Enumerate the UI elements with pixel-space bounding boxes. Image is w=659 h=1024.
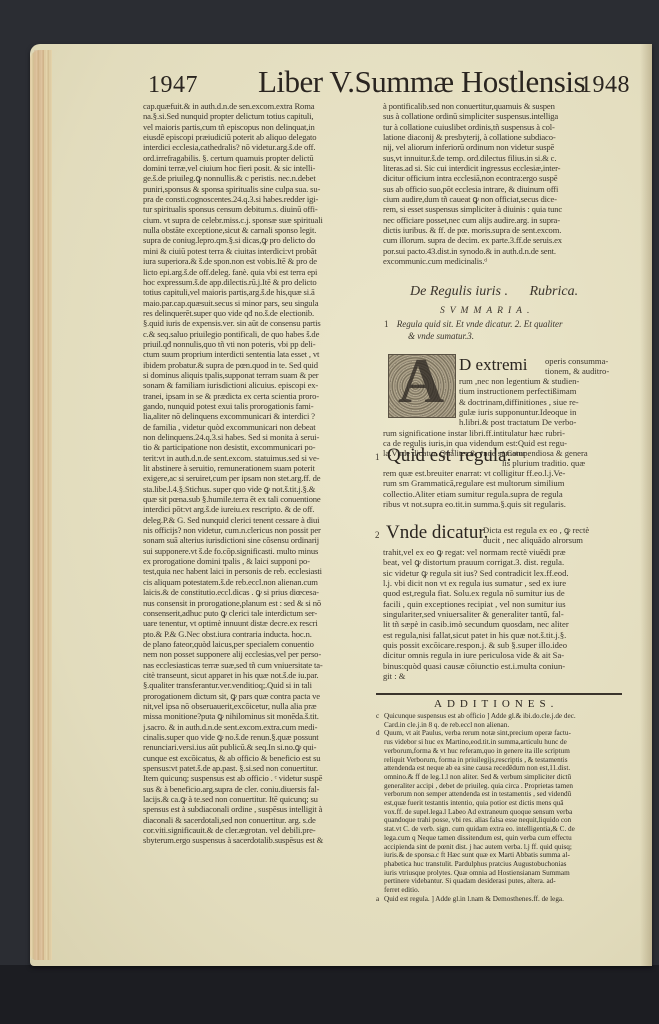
summaria-number: 1 (384, 319, 389, 329)
text-line: rem quæ est.breuiter enarrat: vt colligi… (383, 468, 566, 478)
text-line: Quid est regula. ] Adde gl.in l.nam & De… (380, 895, 620, 904)
text-line: c.& seq.saluo priuilegio pontificali, de… (143, 329, 375, 339)
text-line: uare tenentur, vt optimè innuunt distæ d… (143, 618, 375, 628)
text-line: quod est,regula fiat. Solu.ex regula nō … (383, 588, 569, 598)
text-line: & doctrinam,diffinitiones , siue re- (459, 397, 659, 407)
text-line: ibidem probatur.& supra de pœn.quod in t… (143, 360, 375, 370)
text-line: phabetica huc transtulit. Pardulphus pra… (380, 860, 620, 869)
text-line: accipienda sint de pœnit dist. j hac aut… (380, 843, 620, 852)
text-line: singulariter,sed vniuersaliter & general… (383, 609, 569, 619)
text-line: terit:vt in auth.d.n.de sent.excom. stat… (143, 453, 375, 463)
left-column-text: cap.quæfuit.& in auth.d.n.de sen.excom.e… (143, 101, 375, 846)
section-2-side-text: Dicta est regula ex eo , ꝙ rectèducit , … (483, 525, 589, 546)
folio-right: 1948 (580, 72, 630, 99)
text-line: vox.ff. de supel.lega.l Labeo Ad extrane… (380, 808, 620, 817)
text-line: rum significatione instar libri.ff.intit… (383, 428, 619, 438)
text-line: de plano fateor,quòd laicus,per speciale… (143, 639, 375, 649)
text-line: verborum,forma & vt huc referam,quo in g… (380, 747, 620, 756)
addition-entry: dQuum, vt ait Paulus, verba rerum notæ s… (380, 729, 620, 894)
addition-entry: aQuid est regula. ] Adde gl.in l.nam & D… (380, 895, 620, 904)
margin-number-2: 2 (375, 530, 380, 540)
text-line: pertinere videbantur. Si quadam desidera… (380, 877, 620, 886)
section-heading-vnde-dicatur: Vnde dicatur. (386, 522, 488, 544)
text-line: prorogationem dictum sit, ꝙ pars quæ con… (143, 691, 375, 701)
text-line: deleg.P.& G. Sed nunquid clerici tenent … (143, 515, 375, 525)
text-line: beat, vel ꝙ distortum prauum corrigat.3.… (383, 557, 569, 567)
text-line: lia,aliter nō delinquens excommunicari &… (143, 411, 375, 421)
note-mark: † (451, 448, 455, 456)
text-line: operis consumma- (545, 356, 625, 366)
text-line: cium audire,dum tñ caueat ꝙ non officiat… (383, 194, 616, 204)
summaria-item: 1 Regula quid sit. Et vnde dicatur. 2. E… (384, 318, 619, 342)
text-line: nit,vel ipsa nō obseruauerit,excōicetur,… (143, 701, 375, 711)
text-line: ducit , nec aliquādo alrorsum (483, 535, 589, 545)
text-line: excommunic.cum medicinalis.ᵈ (383, 256, 616, 266)
text-line: omnino.& ff de leg.1.l non aliter. Sed &… (380, 773, 620, 782)
text-line: diaconali & sacerdotali,sed non conuerti… (143, 815, 375, 825)
text-line: trahit,vel ex eo ꝙ regat: vel normam rec… (383, 547, 569, 557)
text-line: iuris vtriusque prolytes. Quæ omnia ad H… (380, 869, 620, 878)
text-line: ge.š.de priuileg.ꝙ nonnullis.& c peristi… (143, 173, 375, 183)
text-line: lacijs.& ca.ꝙ à te.sed non conuertitur. … (143, 794, 375, 804)
text-line: hoc expressum.š.de app.dilectis.rū.j.Itē… (143, 277, 375, 287)
text-line: gulæ iuris supponuntur.Ideoque in (459, 407, 659, 417)
text-line: facili , quin exceptiones recipiat , vel… (383, 599, 569, 609)
text-line: cinalis.super quo vide ꝙ no.š.de renun.§… (143, 732, 375, 742)
text-line: verborum non semper attendenda est in te… (380, 790, 620, 799)
summaria-heading: SVMMARIA. (440, 306, 534, 316)
text-line: nus consensit in prorogatione,planum est… (143, 598, 375, 608)
text-line: interdici ecclesia,cathedralis? nō videt… (143, 142, 375, 152)
text-line: dicitur omnis regula in iure periculosa … (383, 650, 569, 660)
text-line: test,quia nec habent laici in personis d… (143, 566, 375, 576)
text-line: binus:quòd quasi causæ cōiunctio est.i.m… (383, 661, 569, 671)
text-line: rum ,nec non legentium & studien- (459, 376, 659, 386)
text-line: nem non posset supponere alij ecclesias,… (143, 649, 375, 659)
section-1-heading: Quid est (387, 445, 451, 466)
rubric-title-right: Rubrica. (530, 284, 579, 299)
text-line: tur à collatione cuiuslibet ordinis,tñ s… (383, 122, 616, 132)
intro-wide-text: rum ,nec non legentium & studien-tium in… (459, 376, 659, 428)
summaria-text: Regula quid sit. Et vnde dicatur. 2. Et … (397, 319, 563, 329)
text-line: sta.libe.l.4.§.Stichus. super quo vide ꝙ… (143, 484, 375, 494)
text-line: literas.ad si. Sic cui interdicit ingres… (383, 163, 616, 173)
folio-left: 1947 (148, 72, 198, 99)
text-line: rum sm Grammaticā,regulare est multorum … (383, 478, 566, 488)
section-1-side-text: ᵃ Compendiosa & generalis plurium tradit… (502, 448, 588, 469)
text-line: nis officijs? non videtur, cum.n.clericu… (143, 525, 375, 535)
text-line: sus ab officio suo,pōt ecclesia intrare,… (383, 184, 616, 194)
text-line: gando, nunquid potest exui talis proroga… (143, 401, 375, 411)
text-line: tium instructionem perfectißimam (459, 386, 659, 396)
text-line: reliquit Verborum, forma in priuilegijs,… (380, 756, 620, 765)
text-line: nas ecclesiasticas terræ suæ,sed tñ cum … (143, 660, 375, 670)
text-line: rus videbor si huc ex Martino,eod.tit.in… (380, 738, 620, 747)
text-line: cium. vt supra de celebr.miss.c.j. spons… (143, 215, 375, 225)
text-line: ribus vt not.supra eo.tit.in summa.§.qui… (383, 499, 566, 509)
addition-mark: d (376, 729, 380, 738)
margin-number-1: 1 (375, 452, 380, 462)
text-line: tur spiritualis sponsus censum debitum.s… (143, 204, 375, 214)
text-line: tranei, ipsam in se & prædicta ex certa … (143, 391, 375, 401)
addition-mark: a (376, 895, 379, 904)
text-line: vel maioris partis,cum tñ episcopus non … (143, 122, 375, 132)
text-line: citè transeunt, sicut apparet in his quæ… (143, 670, 375, 680)
rubric-title: De Regulis iuris . Rubrica. (410, 284, 596, 300)
decorated-initial-letter: A (398, 344, 444, 418)
text-line: sui supponere.vt š.de fo.cōp.significast… (143, 546, 375, 556)
text-line: lega.cum q Neque tamen dissitendum est, … (380, 834, 620, 843)
text-line: sonam & familiam iurisdictioni alicuius.… (143, 380, 375, 390)
text-line: consenserit,adhuc puto ꝙ clerici tale in… (143, 608, 375, 618)
text-line: sonam suā alterius iurisdictioni sine cō… (143, 535, 375, 545)
summaria-text-2: & vnde sumatur.3. (408, 331, 474, 341)
text-line: res delinquerēt.super quo vide qđ no.š.d… (143, 308, 375, 318)
addition-entry: cQuicunque suspensus est ab officio ] Ad… (380, 712, 620, 729)
section-2-text: trahit,vel ex eo ꝙ regat: vel normam rec… (383, 547, 569, 681)
text-line: por.sui pacto.43.dist.in synodo.& in aut… (383, 246, 616, 256)
text-line: cor.viti.significauit.& de cler.ægrotan.… (143, 825, 375, 835)
text-line: l.j. vbi dicit non vt ex regula ius suma… (383, 578, 569, 588)
text-line: sus,vt innuitur.š.de temp. ord.dilectus … (383, 153, 616, 163)
text-line: lit abstinere à seruitio, remunerationem… (143, 463, 375, 473)
text-line: supra de coniug.lepro.qm.§.si dicas,ꝙ pr… (143, 235, 375, 245)
text-line: spensus est à subdiaconali ordine , susp… (143, 804, 375, 814)
text-line: iuris.& de sponsa.c ft Hæc sunt quæ ex M… (380, 851, 620, 860)
text-line: renunciari.versi.ius aūt publicū.& seq.I… (143, 742, 375, 752)
text-line: totius capituli,vel maioris partis,arg.š… (143, 287, 375, 297)
text-line: missa monitione?puta ꝙ nihilominus sit m… (143, 711, 375, 721)
text-line: lit tñ sæpè in casib.imò secundum quosda… (383, 619, 569, 629)
text-line: si dominus aliquis tpalis,supponat terra… (143, 370, 375, 380)
text-line: ex prorogatione domini tpalis , & laici … (143, 556, 375, 566)
text-line: stat.vt C. de verb. sign. cum quidam ext… (380, 825, 620, 834)
text-line: sus & à beneficio.arg.supra de cler. con… (143, 784, 375, 794)
text-line: nec officiare posset,nec cum alijs audir… (383, 215, 616, 225)
scan-backdrop (0, 965, 659, 1024)
text-line: ferret editio. (380, 886, 620, 895)
text-line: puniri,sponsus & sponsa spiritualis sine… (143, 184, 375, 194)
text-line: mini & ciuiū potest terra & ciuitas inte… (143, 246, 375, 256)
running-title: Liber V.Summæ Hostlensis (258, 64, 585, 100)
text-line: cap.quæfuit.& in auth.d.n.de sen.excom.e… (143, 101, 375, 111)
text-line: rem, si esset suspensus simpliciter à di… (383, 204, 616, 214)
text-line: ord.irrefragabilis. §. certum quamuis pr… (143, 153, 375, 163)
addition-mark: c (376, 712, 379, 721)
text-line: domini terræ,vel ciuium hoc fieri posit.… (143, 163, 375, 173)
text-line: spensus:vt patet.š.de ap.past. §.si.sed … (143, 763, 375, 773)
text-line: dictis iuribus. & ff. de pœ. moris.supra… (383, 225, 616, 235)
text-line: cis aliquam potestatem.š.de reb.eccl.non… (143, 577, 375, 587)
intro-narrow-text: operis consumma-tionem, & auditro- (545, 356, 625, 377)
section-1-text: rem quæ est.breuiter enarrat: vt colligi… (383, 468, 566, 509)
text-line: j.sacro. & in auth.d.n.de sent.excom.ext… (143, 722, 375, 732)
text-line: eiusdē episcopi præiudiciū poterit ab al… (143, 132, 375, 142)
rubric-title-left: De Regulis iuris . (410, 284, 508, 299)
text-line: nulla obstāte exceptione,sicut & carnali… (143, 225, 375, 235)
text-line: Card.in cle.j.in 8 q. de reb.eccl non al… (380, 721, 620, 730)
text-line: Quum, vt ait Paulus, verba rerum notæ si… (380, 729, 620, 738)
text-line: licto epi.arg.š.de off.deleg. fanè. quia… (143, 267, 375, 277)
additiones-heading: ADDITIONES. (434, 698, 558, 710)
text-line: pto.& P.& G.Nec obst.iura contraria indu… (143, 629, 375, 639)
page-gutter (640, 44, 652, 966)
text-line: non delinquens.24.q.3.si habes. Sed si m… (143, 432, 375, 442)
text-line: §.quid iuris de expensis.ver. sin aūt de… (143, 318, 375, 328)
text-line: generaliter accipi , debet de priuileg. … (380, 782, 620, 791)
text-line: pra de consti.cognoscentes.24.q.3.si hab… (143, 194, 375, 204)
section-heading-quid-est: Quid est† regula. (387, 445, 511, 467)
text-line: na.§.si.Sed nunquid propter delictum tot… (143, 111, 375, 121)
text-line: latione diaconij & presbyterij, à collat… (383, 132, 616, 142)
running-head: 1947 Liber V.Summæ Hostlensis 1948 (140, 66, 630, 106)
text-line: cunque est excōicatus, & ab officio & be… (143, 753, 375, 763)
right-column-text: à pontificalib.sed non conuertitur,quamu… (383, 101, 616, 267)
text-line: collectio.Aliter etiam sumitur regula.su… (383, 489, 566, 499)
text-line: ctum suum proprium interdicti sententia … (143, 349, 375, 359)
text-line: sbyterum.ergo suspensus à sacerdotalib.s… (143, 835, 375, 845)
text-line: à pontificalib.sed non conuertitur,quamu… (383, 101, 616, 111)
additiones-notes: cQuicunque suspensus est ab officio ] Ad… (380, 712, 620, 903)
text-line: Quicunque suspensus est ab officio ] Add… (380, 712, 620, 721)
text-line: est,quæ fuerit testantis intentio, quia … (380, 799, 620, 808)
page-fore-edge (30, 50, 52, 960)
text-line: maio.par.cap.quæsuit.secus si minor pars… (143, 298, 375, 308)
text-line: §.qualiter transferantur.ver.venditioq;.… (143, 680, 375, 690)
text-line: iura superiora.& š.de spon.non est vobis… (143, 256, 375, 266)
text-line: sic videtur ꝙ regula sit ius? Sed contra… (383, 568, 569, 578)
additions-divider (376, 693, 622, 695)
text-line: nij, vel aliorum inferiorū ordinum non v… (383, 142, 616, 152)
text-line: Item quicunq; suspensus est ab officio .… (143, 773, 375, 783)
text-line: interdici pōt:vt arg.š.de iureiu.ex resc… (143, 504, 375, 514)
text-line: sus à collatione ordinū simpliciter susp… (383, 111, 616, 121)
text-line: quæ sit pœna.sub §.humile.terra ēt ex ta… (143, 494, 375, 504)
text-line: cum illorum. supra de decim. ex parte.3.… (383, 235, 616, 245)
text-line: tio & participatione non desistit, excom… (143, 442, 375, 452)
intro-lead: D extremi (459, 355, 527, 375)
text-line: quis possit excōicare.respon.j. & sub §.… (383, 640, 569, 650)
text-line: git : & (383, 671, 569, 681)
text-line: Dicta est regula ex eo , ꝙ rectè (483, 525, 589, 535)
text-line: de familia , videtur quòd excommunicari … (143, 422, 375, 432)
text-line: dicitur officium intra ecclesiā,non econ… (383, 173, 616, 183)
text-line: quandoque trahi posse, vbi res. alias fa… (380, 816, 620, 825)
text-line: exigere,ac si seruiret,cum per ipsam non… (143, 473, 375, 483)
text-line: h.libri.& post tractatum De verbo- (459, 417, 659, 427)
text-line: laicis.& de constitutio.eccl.dicas . ꝙ s… (143, 587, 375, 597)
text-line: ᵃ Compendiosa & genera (502, 448, 588, 458)
text-line: attendenda est neque ab ea sine causa re… (380, 764, 620, 773)
text-line: priuil.qđ nonnulis,quo tñ vti non poteri… (143, 339, 375, 349)
text-line: est regula,nisi fallat,sicut patet in hi… (383, 630, 569, 640)
